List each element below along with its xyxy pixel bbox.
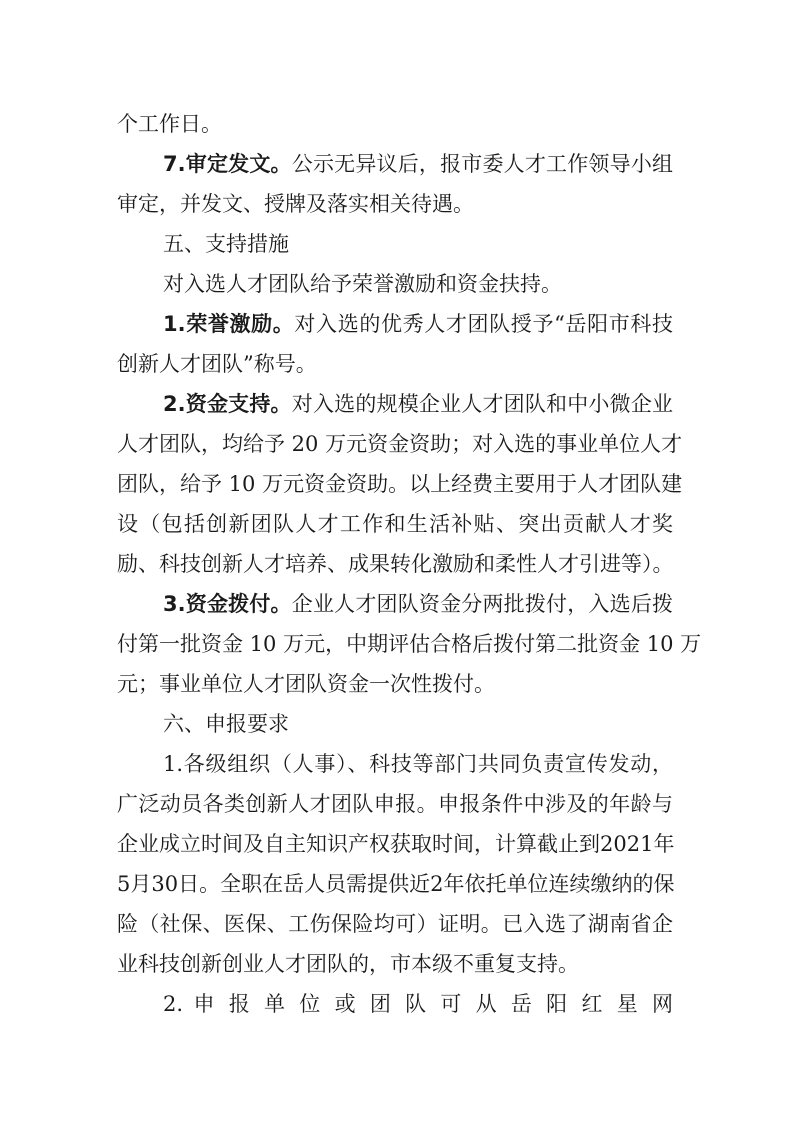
paragraph-line: 团队，给予 10 万元资金资助。以上经费主要用于人才团队建 (117, 464, 673, 504)
paragraph-line: 个工作日。 (117, 104, 673, 144)
section-item-funding: 2.资金支持。对入选的规模企业人才团队和中小微企业 (117, 384, 673, 424)
paragraph-line: 2. 申 报 单 位 或 团 队 可 从 岳 阳 红 星 网 (117, 984, 673, 1024)
paragraph-line: 人才团队，均给予 20 万元资金资助；对入选的事业单位人才 (117, 424, 673, 464)
paragraph-line: 5月30日。全职在岳人员需提供近2年依托单位连续缴纳的保 (117, 864, 673, 904)
paragraph-line: 元；事业单位人才团队资金一次性拨付。 (117, 664, 673, 704)
paragraph-line: 1.各级组织（人事）、科技等部门共同负责宣传发动， (117, 744, 673, 784)
paragraph-line: 励、科技创新人才培养、成果转化激励和柔性人才引进等）。 (117, 544, 673, 584)
paragraph-line: 企业成立时间及自主知识产权获取时间，计算截止到2021年 (117, 824, 673, 864)
document-page: 个工作日。 7.审定发文。公示无异议后，报市委人才工作领导小组 审定，并发文、授… (117, 104, 673, 1024)
paragraph-line: 险（社保、医保、工伤保险均可）证明。已入选了湖南省企 (117, 904, 673, 944)
paragraph-line: 付第一批资金 10 万元，中期评估合格后拨付第二批资金 10 万 (117, 624, 673, 664)
section-item-honor: 1.荣誉激励。对入选的优秀人才团队授予“岳阳市科技 (117, 304, 673, 344)
section-heading-requirements: 六、申报要求 (117, 704, 673, 744)
paragraph-line: 设（包括创新团队人才工作和生活补贴、突出贡献人才奖 (117, 504, 673, 544)
paragraph-line: 对入选人才团队给予荣誉激励和资金扶持。 (117, 264, 673, 304)
paragraph-line: 创新人才团队”称号。 (117, 344, 673, 384)
section-item-disbursement: 3.资金拨付。企业人才团队资金分两批拨付，入选后拨 (117, 584, 673, 624)
paragraph-line: 广泛动员各类创新人才团队申报。申报条件中涉及的年龄与 (117, 784, 673, 824)
item-title: 2.资金支持。 (163, 392, 292, 416)
item-title: 7.审定发文。 (163, 152, 292, 176)
section-item-review-publish: 7.审定发文。公示无异议后，报市委人才工作领导小组 (117, 144, 673, 184)
item-title: 3.资金拨付。 (163, 592, 292, 616)
paragraph-line: 业科技创新创业人才团队的，市本级不重复支持。 (117, 944, 673, 984)
item-title: 1.荣誉激励。 (163, 312, 294, 336)
paragraph-line: 审定，并发文、授牌及落实相关待遇。 (117, 184, 673, 224)
section-heading-support: 五、支持措施 (117, 224, 673, 264)
